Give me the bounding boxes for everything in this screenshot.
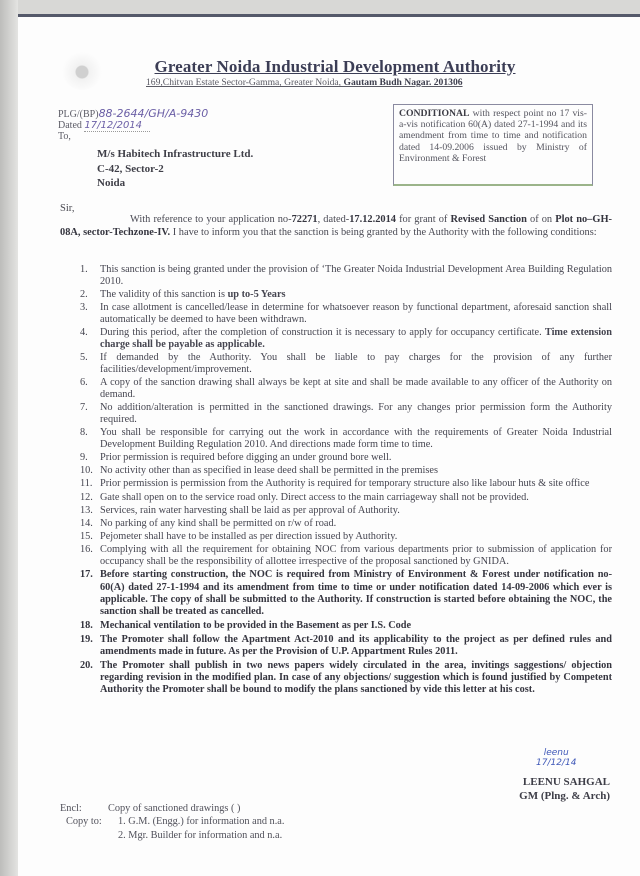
condition-item: 10.No activity other than as specified i… — [80, 465, 612, 477]
intro-text: for grant of — [396, 214, 450, 225]
condition-number: 19. — [80, 634, 100, 659]
dated-label: Dated — [58, 120, 82, 131]
condition-item: 17.Before starting construction, the NOC… — [80, 569, 612, 618]
condition-item: 20.The Promoter shall publish in two new… — [80, 660, 612, 697]
intro-text: , dated- — [318, 214, 350, 225]
to-label: To, — [58, 131, 208, 142]
copy-to-item: 2. Mgr. Builder for information and n.a. — [118, 830, 282, 841]
condition-number: 8. — [80, 427, 100, 451]
condition-text: In case allotment is cancelled/lease in … — [100, 302, 612, 326]
signatory-block: LEENU SAHGAL GM (Plng. & Arch) — [519, 775, 610, 803]
condition-number: 15. — [80, 531, 100, 543]
condition-number: 3. — [80, 302, 100, 326]
condition-number: 12. — [80, 492, 100, 504]
condition-number: 1. — [80, 264, 100, 288]
condition-text: During this period, after the completion… — [100, 327, 612, 351]
application-number: 72271 — [292, 214, 318, 225]
reference-label: PLG/(BP) — [58, 109, 99, 120]
condition-text: Gate shall open on to the service road o… — [100, 492, 612, 504]
copy-to-label: Copy to: — [66, 815, 118, 829]
intro-text: of on — [527, 214, 555, 225]
copy-to-block: Copy to:1. G.M. (Engg.) for information … — [66, 815, 284, 842]
condition-item: 13.Services, rain water harvesting shall… — [80, 505, 612, 517]
organization-title: Greater Noida Industrial Development Aut… — [0, 57, 640, 77]
condition-text: A copy of the sanction drawing shall alw… — [100, 377, 612, 401]
condition-item: 15.Pejometer shall have to be installed … — [80, 531, 612, 543]
condition-number: 5. — [80, 352, 100, 376]
reference-block: PLG/(BP)88-2644/GH/A-9430 Dated 17/12/20… — [58, 108, 208, 142]
organization-address: 169,Chitvan Estate Sector-Gamma, Greater… — [146, 77, 463, 88]
enclosure-text: Copy of sanctioned drawings ( ) — [108, 802, 240, 815]
condition-item: 5.If demanded by the Authority. You shal… — [80, 352, 612, 376]
addressee-line2: C-42, Sector-2 — [97, 162, 253, 177]
condition-number: 6. — [80, 377, 100, 401]
copy-to-item: 1. G.M. (Engg.) for information and n.a. — [118, 816, 284, 827]
condition-number: 4. — [80, 327, 100, 351]
intro-text: I have to inform you that the sanction i… — [170, 227, 597, 238]
condition-item: 18.Mechanical ventilation to be provided… — [80, 620, 612, 632]
condition-text: Pejometer shall have to be installed as … — [100, 531, 612, 543]
condition-text: If demanded by the Authority. You shall … — [100, 352, 612, 376]
condition-item: 3.In case allotment is cancelled/lease i… — [80, 302, 612, 326]
signature-initials: leenu — [536, 748, 576, 758]
condition-item: 8.You shall be responsible for carrying … — [80, 427, 612, 451]
conditional-notice-box: CONDITIONAL with respect point no 17 vis… — [393, 104, 593, 186]
handwritten-signature: leenu 17/12/14 — [536, 748, 576, 768]
condition-bold-text: up to-5 Years — [228, 289, 286, 300]
condition-text: The Promoter shall follow the Apartment … — [100, 634, 612, 659]
condition-text: The validity of this sanction is up to-5… — [100, 289, 612, 301]
enclosure-label: Encl: — [60, 802, 108, 815]
address-plain: 169,Chitvan Estate Sector-Gamma, Greater… — [146, 77, 343, 88]
addressee-line3: Noida — [97, 176, 253, 191]
signature-date: 17/12/14 — [536, 758, 576, 768]
condition-item: 11.Prior permission is permission from t… — [80, 478, 612, 490]
condition-text: No activity other than as specified in l… — [100, 465, 612, 477]
intro-paragraph: With reference to your application no-72… — [60, 213, 612, 239]
grant-type: Revised Sanction — [450, 214, 526, 225]
condition-item: 4.During this period, after the completi… — [80, 327, 612, 351]
condition-number: 10. — [80, 465, 100, 477]
application-date: 17.12.2014 — [349, 214, 396, 225]
condition-text: The Promoter shall publish in two news p… — [100, 660, 612, 697]
condition-text: Services, rain water harvesting shall be… — [100, 505, 612, 517]
condition-text: Prior permission is permission from the … — [100, 478, 612, 490]
scan-edge-shadow — [0, 0, 18, 876]
addressee-block: M/s Habitech Infrastructure Ltd. C-42, S… — [97, 147, 253, 191]
enclosure-line: Encl:Copy of sanctioned drawings ( ) — [60, 802, 240, 815]
condition-item: 1.This sanction is being granted under t… — [80, 264, 612, 288]
condition-item: 19.The Promoter shall follow the Apartme… — [80, 634, 612, 659]
condition-number: 17. — [80, 569, 100, 618]
condition-number: 16. — [80, 544, 100, 568]
addressee-name: M/s Habitech Infrastructure Ltd. — [97, 147, 253, 162]
signatory-designation: GM (Plng. & Arch) — [519, 789, 610, 803]
condition-text: Complying with all the requirement for o… — [100, 544, 612, 568]
condition-text: You shall be responsible for carrying ou… — [100, 427, 612, 451]
condition-number: 11. — [80, 478, 100, 490]
condition-item: 9.Prior permission is required before di… — [80, 452, 612, 464]
condition-text: No parking of any kind shall be permitte… — [100, 518, 612, 530]
conditions-list: 1.This sanction is being granted under t… — [80, 264, 612, 698]
intro-text: With reference to your application no- — [130, 214, 292, 225]
condition-text: Before starting construction, the NOC is… — [100, 569, 612, 618]
condition-item: 2.The validity of this sanction is up to… — [80, 289, 612, 301]
condition-number: 20. — [80, 660, 100, 697]
condition-number: 14. — [80, 518, 100, 530]
condition-text: No addition/alteration is permitted in t… — [100, 402, 612, 426]
condition-number: 7. — [80, 402, 100, 426]
conditional-label: CONDITIONAL — [399, 108, 470, 119]
reference-number-handwritten: 88-2644/GH/A-9430 — [99, 107, 209, 120]
condition-item: 7.No addition/alteration is permitted in… — [80, 402, 612, 426]
address-city: Gautam Budh Nagar. 201306 — [343, 77, 462, 88]
signatory-name: LEENU SAHGAL — [519, 775, 610, 789]
condition-item: 16.Complying with all the requirement fo… — [80, 544, 612, 568]
condition-item: 6.A copy of the sanction drawing shall a… — [80, 377, 612, 401]
condition-text: Mechanical ventilation to be provided in… — [100, 620, 612, 632]
condition-number: 13. — [80, 505, 100, 517]
condition-item: 14.No parking of any kind shall be permi… — [80, 518, 612, 530]
condition-number: 2. — [80, 289, 100, 301]
condition-number: 9. — [80, 452, 100, 464]
condition-number: 18. — [80, 620, 100, 632]
condition-item: 12.Gate shall open on to the service roa… — [80, 492, 612, 504]
dated-handwritten: 17/12/2014 — [84, 120, 150, 132]
condition-text: Prior permission is required before digg… — [100, 452, 612, 464]
condition-text: This sanction is being granted under the… — [100, 264, 612, 288]
